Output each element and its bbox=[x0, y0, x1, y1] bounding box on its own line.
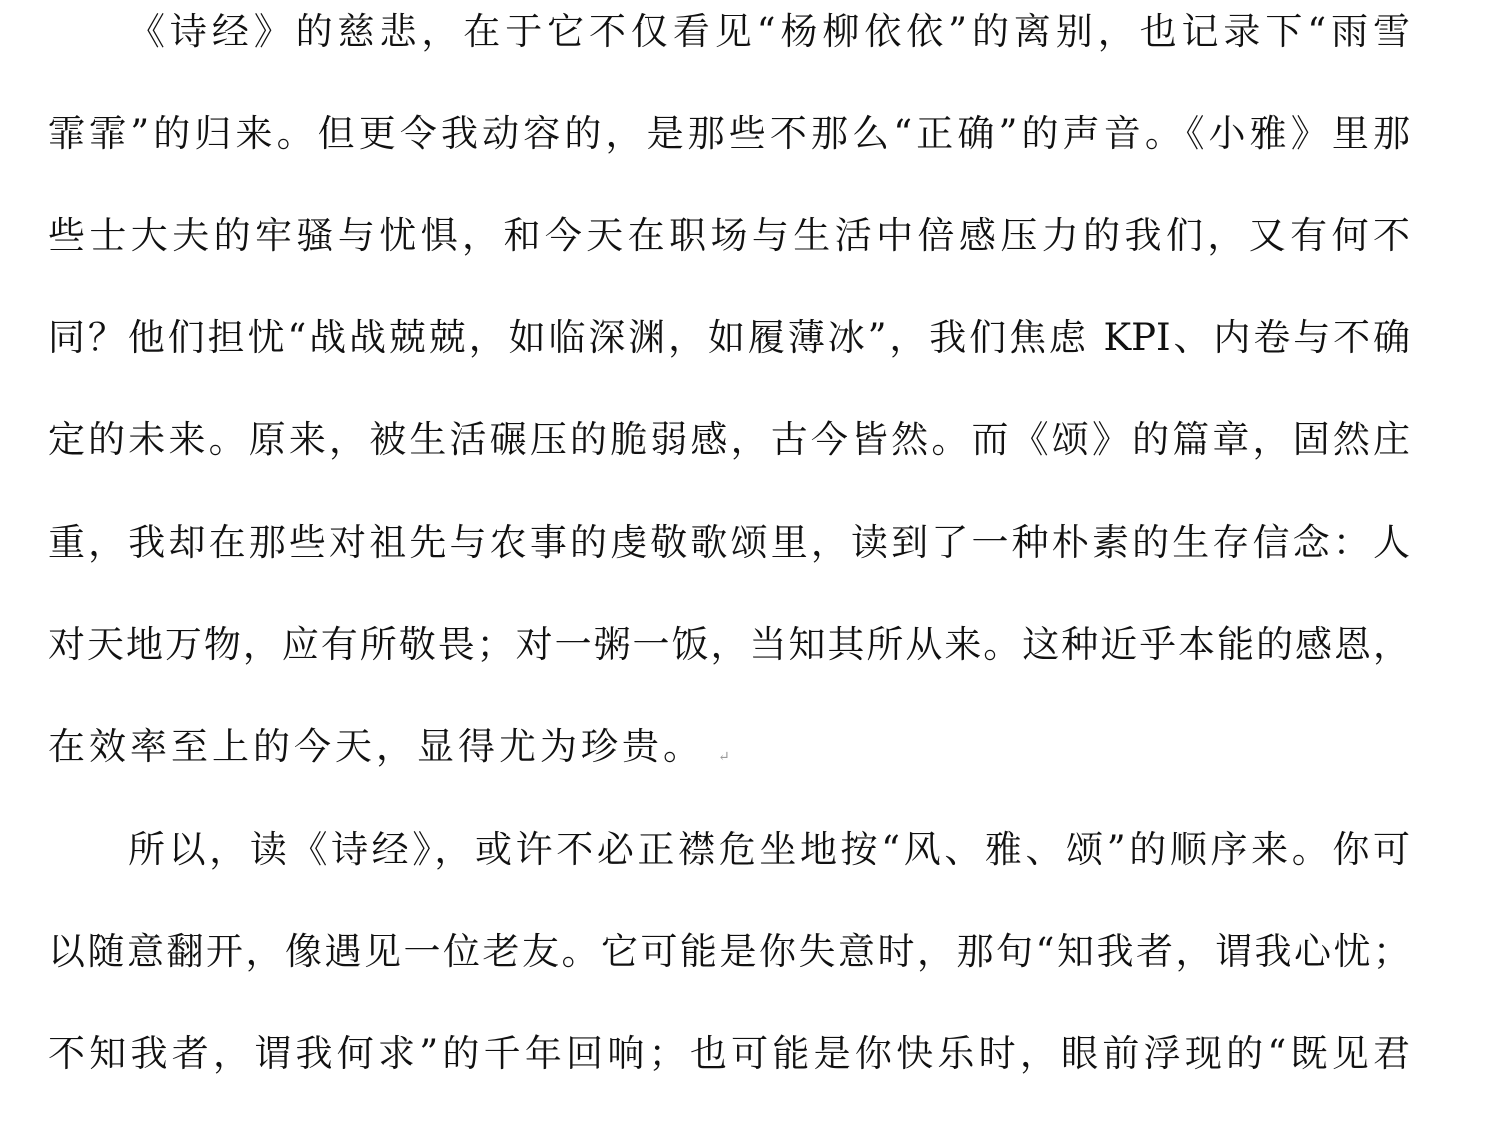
text-line: 霏霏”的归来。但更令我动容的，是那些不那么“正确”的声音。《小雅》里那 bbox=[48, 104, 1410, 164]
text-line-content: 在效率至上的今天，显得尤为珍贵。 bbox=[48, 725, 704, 768]
text-line: 同？他们担忧“战战兢兢，如临深渊，如履薄冰”，我们焦虑 KPI、内卷与不确 bbox=[48, 308, 1410, 368]
text-line: 重，我却在那些对祖先与农事的虔敬歌颂里，读到了一种朴素的生存信念：人 bbox=[48, 513, 1410, 573]
text-line: 以随意翻开，像遇见一位老友。它可能是你失意时，那句“知我者，谓我心忧； bbox=[48, 922, 1410, 982]
text-line: 不知我者，谓我何求”的千年回响；也可能是你快乐时，眼前浮现的“既见君 bbox=[48, 1024, 1410, 1084]
text-line: 《诗经》的慈悲，在于它不仅看见“杨柳依依”的离别，也记录下“雨雪 bbox=[128, 2, 1410, 62]
text-line: 对天地万物，应有所敬畏；对一粥一饭，当知其所从来。这种近乎本能的感恩， bbox=[48, 615, 1410, 675]
text-line: 些士大夫的牢骚与忧惧，和今天在职场与生活中倍感压力的我们，又有何不 bbox=[48, 206, 1410, 266]
text-line: 所以，读《诗经》，或许不必正襟危坐地按“风、雅、颂”的顺序来。你可 bbox=[128, 820, 1410, 880]
text-line-last: 在效率至上的今天，显得尤为珍贵。↵ bbox=[48, 717, 1410, 777]
text-line: 定的未来。原来，被生活碾压的脆弱感，古今皆然。而《颂》的篇章，固然庄 bbox=[48, 410, 1410, 470]
paragraph-mark-icon: ↵ bbox=[718, 727, 730, 787]
document-page: 《诗经》的慈悲，在于它不仅看见“杨柳依依”的离别，也记录下“雨雪 霏霏”的归来。… bbox=[0, 0, 1500, 1125]
